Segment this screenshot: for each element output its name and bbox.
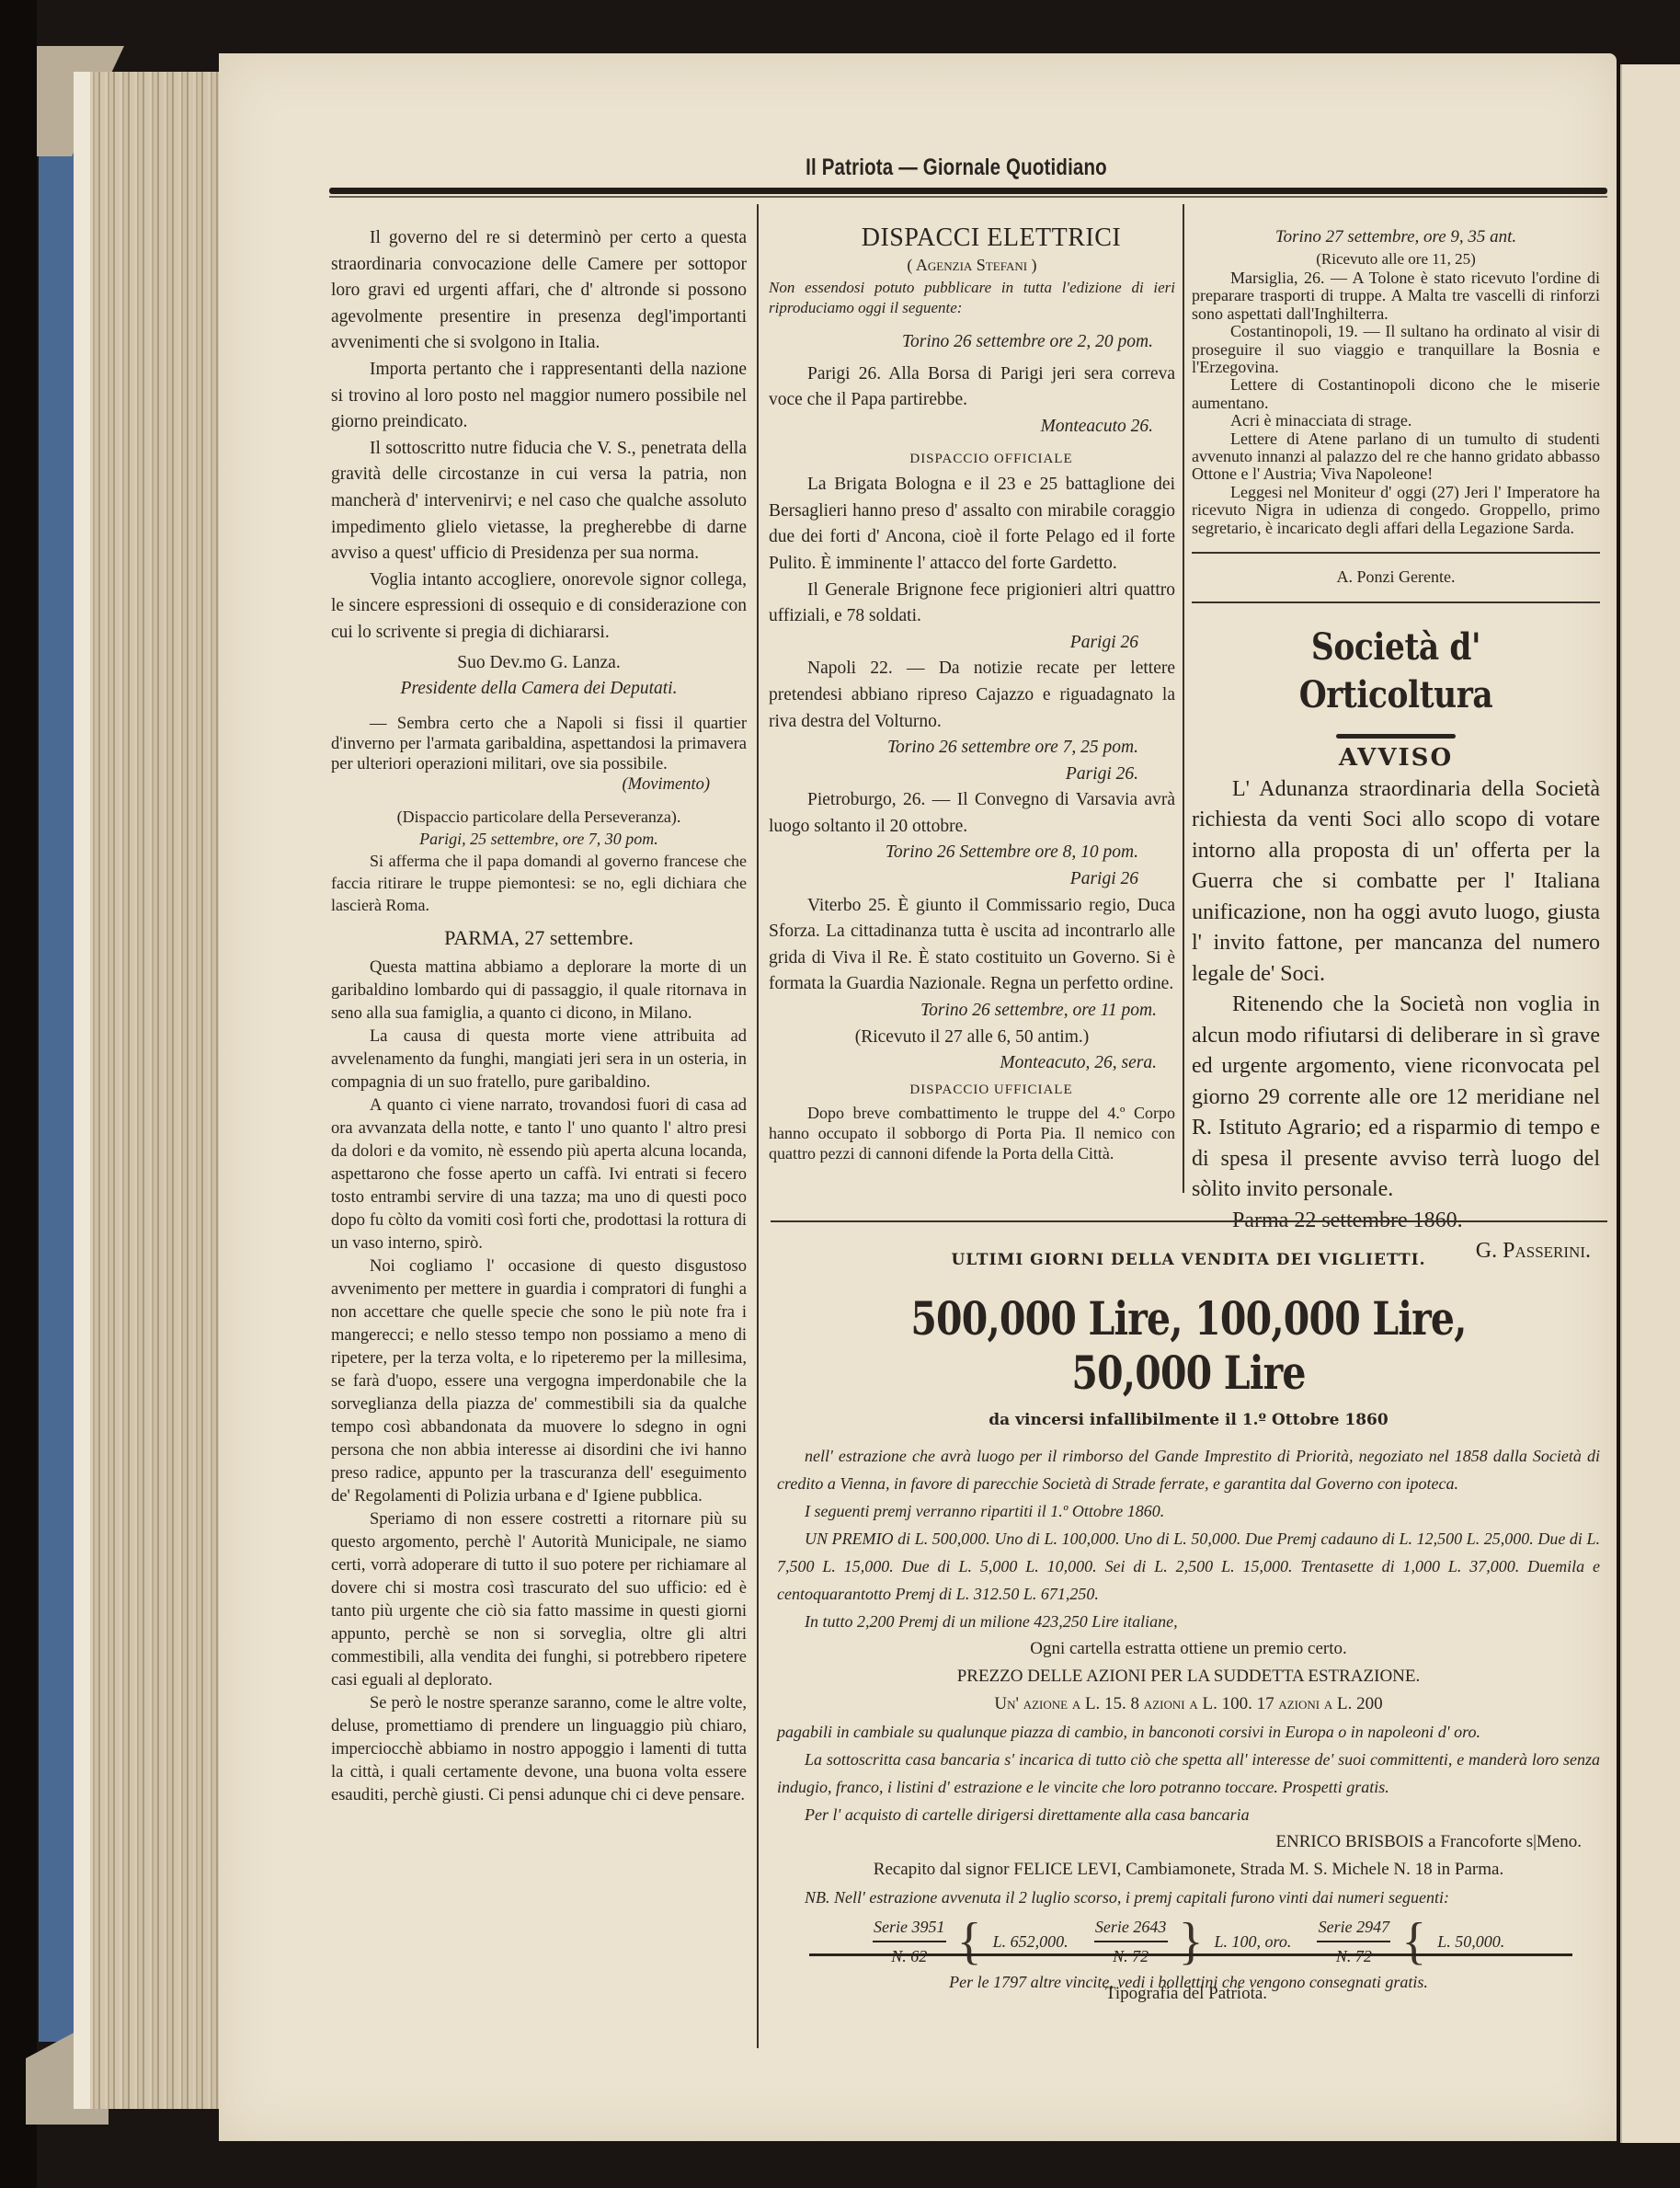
paragraph: Se però le nostre speranze saranno, come… (331, 1692, 747, 1807)
paragraph: Il governo del re si determinò per certo… (331, 225, 747, 357)
paragraph: Marsiglia, 26. — A Tolone è stato ricevu… (1192, 269, 1600, 323)
paragraph: Parigi 26. Alla Borsa di Parigi jeri ser… (769, 361, 1175, 414)
signature-title: Presidente della Camera dei Deputati. (331, 676, 747, 703)
adjacent-page-edge (1620, 64, 1680, 2143)
source: (Movimento) (331, 774, 747, 795)
paragraph: Importa pertanto che i rappresentanti de… (331, 357, 747, 436)
price-heading: PREZZO DELLE AZIONI PER LA SUDDETTA ESTR… (777, 1663, 1600, 1690)
subheading: DISPACCIO UFFICIALE (769, 1077, 1175, 1104)
serie: Serie 2947 (1317, 1915, 1390, 1939)
running-title: Il Patriota — Giornale Quotidiano (791, 155, 1123, 181)
brace: } (1179, 1916, 1204, 1967)
dateline: Parigi 26. (769, 762, 1175, 788)
right-column: Torino 27 settembre, ore 9, 35 ant. (Ric… (1192, 225, 1600, 1267)
napoli-note: — Sembra certo che a Napoli si fissi il … (331, 714, 747, 774)
printer-imprint: Tipografia del Patriota. (910, 1984, 1462, 2004)
paragraph: Acri è minacciata di strage. (1192, 412, 1600, 430)
header-rule-thin (329, 196, 1607, 198)
paragraph: Il sottoscritto nutre fiducia che V. S.,… (331, 436, 747, 567)
dateline: Monteacuto, 26, sera. (769, 1050, 1175, 1077)
paragraph: La Brigata Bologna e il 23 e 25 battagli… (769, 472, 1175, 577)
section-rule (771, 1220, 1607, 1222)
dateline: Parigi, 25 settembre, ore 7, 30 pom. (331, 828, 747, 850)
prize-total: In tutto 2,200 Premj di un milione 423,2… (777, 1608, 1600, 1635)
paragraph: Lettere di Costantinopoli dicono che le … (1192, 376, 1600, 412)
agency: ( Agenzia Stefani ) (769, 252, 1175, 279)
paragraph: Pietroburgo, 26. — Il Convegno di Varsav… (769, 787, 1175, 840)
numero: N. 72 (1094, 1944, 1168, 1968)
notice-body: L' Adunanza straordinaria della Società … (1192, 774, 1600, 1267)
intro: Non essendosi potuto pubblicare in tutta… (769, 278, 1175, 318)
left-column: Il governo del re si determinò per certo… (331, 225, 747, 1807)
ad-title: Società d' Orticoltura (1220, 624, 1571, 719)
brace: { (957, 1916, 982, 1967)
signature: Suo Dev.mo G. Lanza. (331, 650, 747, 677)
paragraph: A quanto ci viene narrato, trovandosi fu… (331, 1094, 747, 1255)
winner-entry: Serie 2947N. 72 { L. 50,000. (1317, 1915, 1504, 1968)
gerente-signature: A. Ponzi Gerente. (1192, 568, 1600, 586)
section-heading: DISPACCI ELETTRICI (769, 225, 1175, 252)
paragraph: Per l' acquisto di cartelle dirigersi di… (777, 1801, 1600, 1828)
dateline: Parigi 26 (769, 630, 1175, 657)
footer-rule (809, 1953, 1572, 1956)
paragraph: nell' estrazione che avrà luogo per il r… (777, 1442, 1600, 1497)
paragraph: Ritenendo che la Società non voglia in a… (1192, 990, 1600, 1206)
paragraph: Leggesi nel Moniteur d' oggi (27) Jeri l… (1192, 484, 1600, 537)
paragraph: Questa mattina abbiamo a deplorare la mo… (331, 957, 747, 1025)
serie: Serie 2643 (1094, 1915, 1168, 1939)
serie: Serie 3951 (873, 1915, 946, 1939)
column-rule (757, 204, 759, 2048)
paragraph: Voglia intanto accogliere, onorevole sig… (331, 567, 747, 647)
price-list: Un' azione a L. 15. 8 azioni a L. 100. 1… (777, 1690, 1600, 1718)
subheading: DISPACCIO OFFICIALE (769, 446, 1175, 473)
paragraph: Napoli 22. — Da notizie recate per lette… (769, 656, 1175, 735)
banker-name: ENRICO BRISBOIS a Francoforte s|Meno. (777, 1828, 1600, 1856)
dateline: Torino 26 settembre ore 7, 25 pom. (769, 735, 1175, 762)
dateline: Torino 26 Settembre ore 8, 10 pom. (769, 840, 1175, 866)
dateline: Torino 27 settembre, ore 9, 35 ant. (1192, 225, 1600, 249)
prize-amounts: 500,000 Lire, 100,000 Lire, 50,000 Lire (851, 1291, 1526, 1400)
numero: N. 62 (873, 1944, 946, 1968)
dateline: Torino 26 settembre, ore 11 pom. (769, 998, 1175, 1025)
paragraph: Costantinopoli, 19. — Il sultano ha ordi… (1192, 323, 1600, 376)
middle-column: DISPACCI ELETTRICI ( Agenzia Stefani ) N… (769, 225, 1175, 1163)
paragraph: La sottoscritta casa bancaria s' incaric… (777, 1746, 1600, 1801)
page-edges (74, 72, 221, 2109)
prizes-intro: I seguenti premj verranno ripartiti il 1… (777, 1497, 1600, 1525)
ornament-rule (1336, 734, 1456, 739)
paragraph: pagabili in cambiale su qualunque piazza… (777, 1718, 1600, 1746)
draw-date: da vincersi infallibilmente il 1.º Ottob… (777, 1411, 1600, 1429)
header-rule (329, 188, 1607, 194)
ad-subtitle: AVVISO (1192, 750, 1600, 767)
paragraph: Ogni cartella estratta ottiene un premio… (777, 1635, 1600, 1663)
prize-list: UN PREMIO di L. 500,000. Uno di L. 100,0… (777, 1525, 1600, 1608)
paragraph: Lettere di Atene parlano di un tumulto d… (1192, 430, 1600, 484)
paragraph: L' Adunanza straordinaria della Società … (1192, 774, 1600, 991)
brace: { (1401, 1916, 1426, 1967)
numero: N. 72 (1317, 1944, 1390, 1968)
winner-entry: Serie 2643N. 72 } L. 100, oro. (1094, 1915, 1292, 1968)
lottery-advertisement: ULTIMI GIORNI DELLA VENDITA DEI VIGLIETT… (777, 1242, 1600, 1996)
dateline: Torino 26 settembre ore 2, 20 pom. (769, 329, 1175, 356)
paragraph: Si afferma che il papa domandi al govern… (331, 850, 747, 916)
divider (1192, 601, 1600, 603)
winner-entry: Serie 3951N. 62 { L. 652,000. (873, 1915, 1069, 1968)
divider (1192, 552, 1600, 554)
nb-note: NB. Nell' estrazione avvenuta il 2 lugli… (777, 1884, 1600, 1911)
ad-heading: ULTIMI GIORNI DELLA VENDITA DEI VIGLIETT… (777, 1251, 1600, 1269)
scanner-frame (0, 0, 37, 2188)
paragraph: Speriamo di non essere costretti a ritor… (331, 1508, 747, 1692)
dateline: Parigi 26 (769, 866, 1175, 893)
amount: L. 100, oro. (1215, 1932, 1292, 1952)
winning-numbers: Serie 3951N. 62 { L. 652,000. Serie 2643… (777, 1915, 1600, 1968)
received-note: (Ricevuto alle ore 11, 25) (1192, 249, 1600, 269)
received-note: (Ricevuto il 27 alle 6, 50 antim.) (769, 1025, 1175, 1051)
amount: L. 50,000. (1437, 1932, 1504, 1952)
paragraph: Dopo breve combattimento le truppe del 4… (769, 1103, 1175, 1163)
agent-address: Recapito dal signor FELICE LEVI, Cambiam… (777, 1856, 1600, 1884)
paragraph: Viterbo 25. È giunto il Commissario regi… (769, 893, 1175, 998)
paragraph: Noi cogliamo l' occasione di questo disg… (331, 1255, 747, 1508)
section-heading: PARMA, 27 settembre. (331, 925, 747, 952)
dateline: Monteacuto 26. (769, 414, 1175, 441)
dispatch-source: (Dispaccio particolare della Perseveranz… (331, 806, 747, 828)
paragraph: La causa di questa morte viene attribuit… (331, 1025, 747, 1094)
column-rule (1183, 204, 1184, 1193)
paragraph: Il Generale Brignone fece prigionieri al… (769, 578, 1175, 630)
amount: L. 652,000. (993, 1932, 1069, 1952)
